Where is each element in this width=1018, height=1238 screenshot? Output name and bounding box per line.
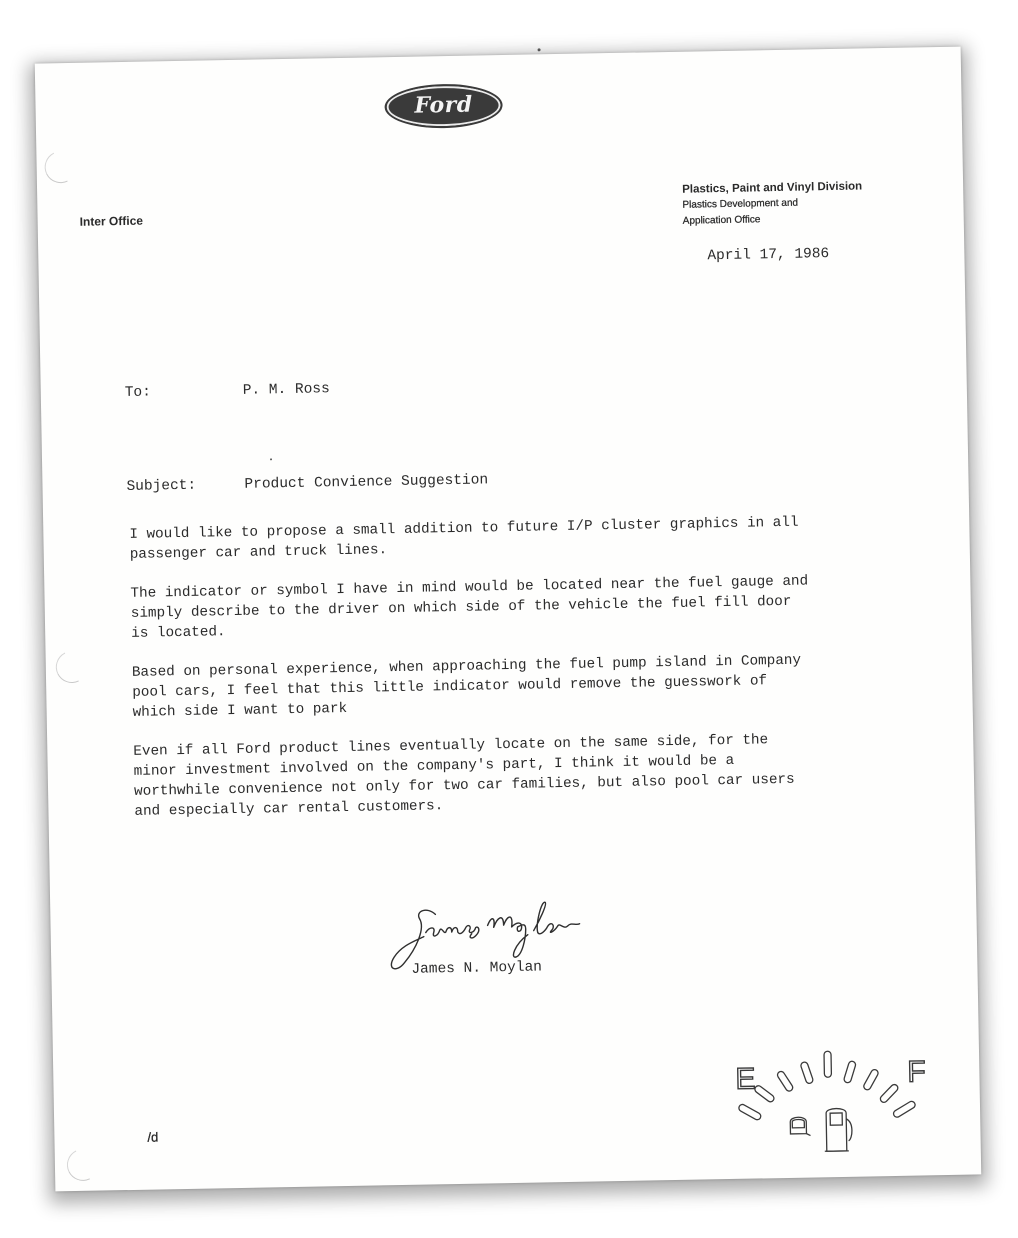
typist-initials: /d xyxy=(147,1129,158,1144)
to-label: To: xyxy=(125,383,243,401)
memo-page: Ford Inter Office Plastics, Paint and Vi… xyxy=(35,47,982,1192)
fuel-pump-icon xyxy=(824,1108,852,1151)
office-line-2: Application Office xyxy=(683,210,863,229)
svg-text:F: F xyxy=(907,1055,926,1088)
paper-speck xyxy=(538,48,541,51)
memo-type: Inter Office xyxy=(80,214,144,229)
car-rear-icon xyxy=(790,1117,810,1136)
svg-text:E: E xyxy=(735,1063,756,1096)
subject-label: Subject: xyxy=(126,477,244,495)
hole-punch-mark xyxy=(63,1145,104,1186)
body-paragraph: The indicator or symbol I have in mind w… xyxy=(130,569,931,644)
body-paragraph: Even if all Ford product lines eventuall… xyxy=(133,727,934,822)
body-paragraph: Based on personal experience, when appro… xyxy=(132,648,933,723)
memo-date: April 17, 1986 xyxy=(707,246,829,264)
signer-typed-name: James N. Moylan xyxy=(411,959,542,977)
subject-value: Product Convience Suggestion xyxy=(244,472,488,492)
ford-logo-text: Ford xyxy=(414,92,473,119)
paper-speck xyxy=(270,458,272,460)
hole-punch-mark xyxy=(40,147,81,188)
ford-logo: Ford xyxy=(384,83,503,129)
to-field: To: P. M. Ross xyxy=(125,381,330,401)
fuel-gauge-sketch: E F xyxy=(727,1045,939,1161)
division-block: Plastics, Paint and Vinyl Division Plast… xyxy=(682,178,863,229)
memo-body: I would like to propose a small addition… xyxy=(129,510,935,841)
hole-punch-mark xyxy=(51,647,92,688)
body-paragraph: I would like to propose a small addition… xyxy=(129,510,930,565)
division-name: Plastics, Paint and Vinyl Division xyxy=(682,178,862,197)
subject-field: Subject: Product Convience Suggestion xyxy=(126,472,488,495)
to-value: P. M. Ross xyxy=(243,381,330,399)
